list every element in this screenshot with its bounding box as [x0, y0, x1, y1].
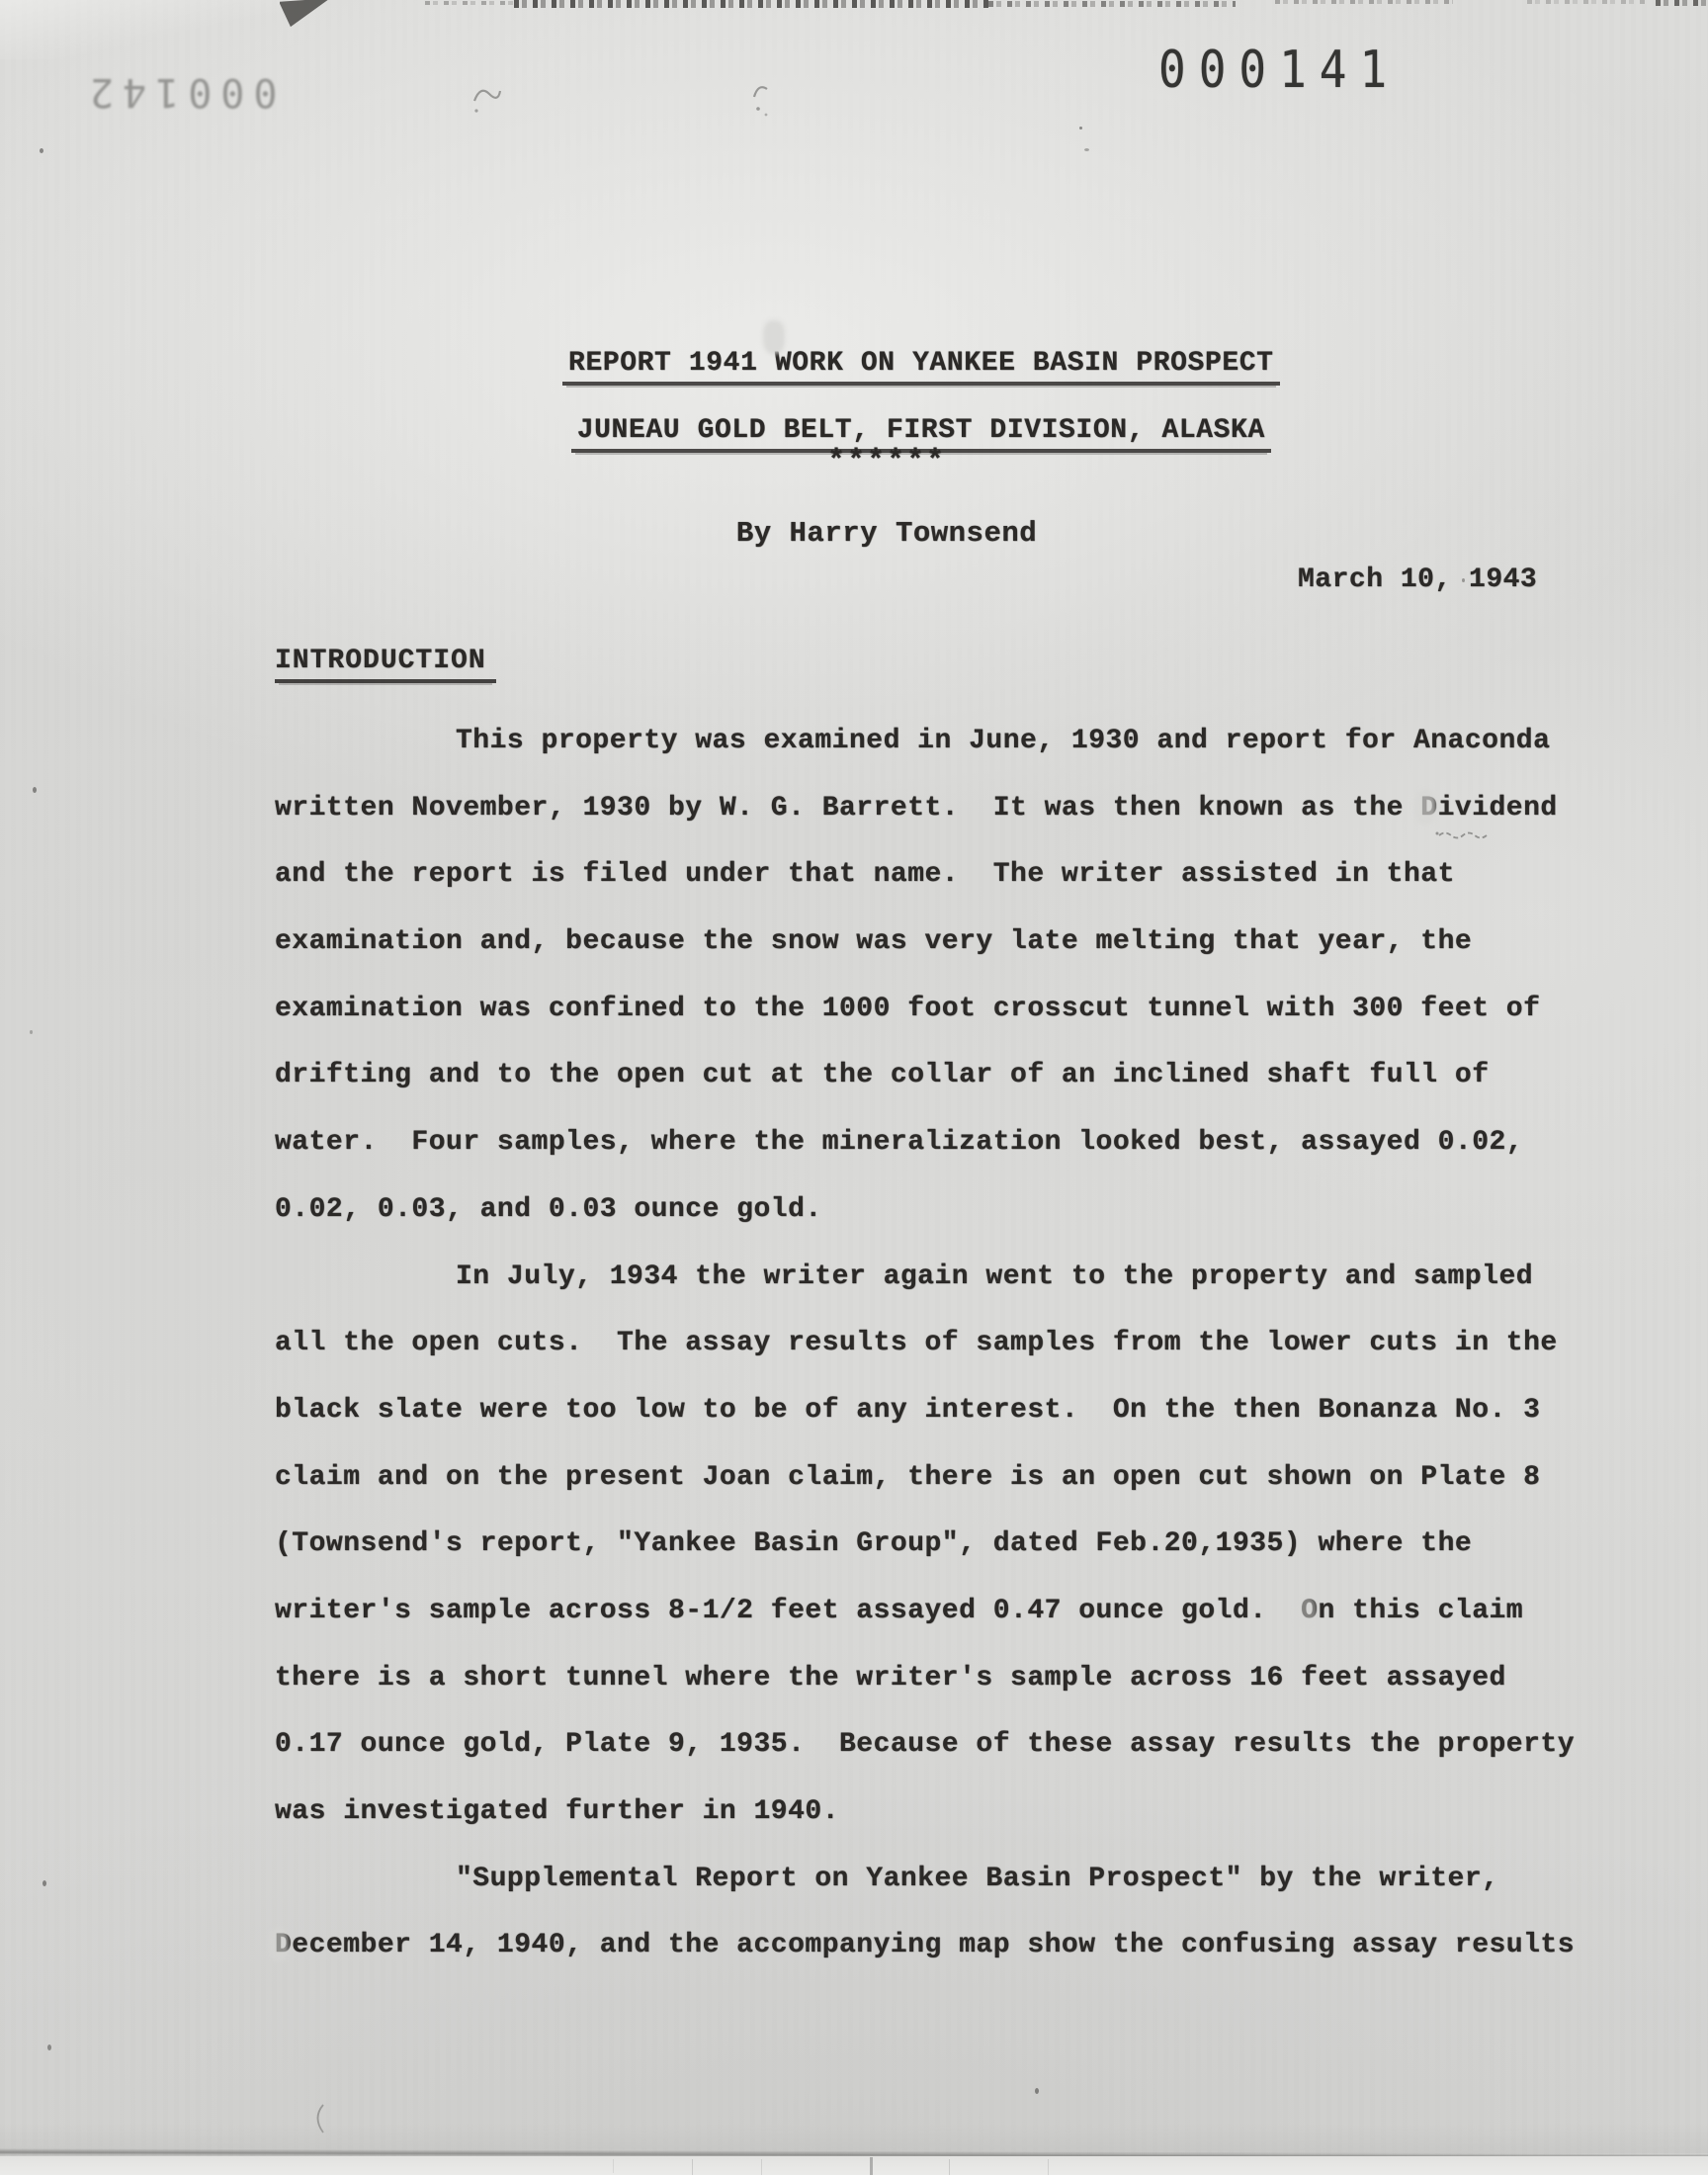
pencil-mark: [467, 73, 510, 117]
body-line: drifting and to the open cut at the coll…: [275, 1042, 1619, 1109]
scan-edge-artifact: [1656, 0, 1708, 6]
ink-speck: [1035, 2088, 1039, 2094]
ink-speck: [1084, 148, 1089, 151]
body-text: This property was examined in June, 1930…: [275, 708, 1619, 1979]
page-number-stamp: 000141: [1158, 40, 1400, 99]
bleedthrough-page-number: 000142: [81, 69, 278, 115]
body-line: all the open cuts. The assay results of …: [275, 1310, 1619, 1377]
body-line: examination and, because the snow was ve…: [275, 909, 1619, 976]
title-underline-1: REPORT 1941 WORK ON YANKEE BASIN PROSPEC…: [562, 348, 1280, 386]
scanner-background: [0, 2156, 1708, 2175]
body-line: examination was confined to the 1000 foo…: [275, 976, 1619, 1043]
ink-speck: [33, 787, 37, 793]
scanned-page: 000141 000142 REPORT 1941 WORK ON YANKEE…: [0, 0, 1708, 2175]
faded-ink-spot: [763, 320, 785, 354]
faded-ink-spot: [1414, 789, 1436, 825]
body-line: and the report is filed under that name.…: [275, 841, 1619, 909]
body-line: was investigated further in 1940.: [275, 1779, 1619, 1846]
scan-tick: [692, 2159, 693, 2175]
scan-tick: [949, 2159, 950, 2175]
body-line: December 14, 1940, and the accompanying …: [275, 1912, 1619, 1979]
body-line: water. Four samples, where the mineraliz…: [275, 1109, 1619, 1176]
scan-edge-artifact: [514, 0, 988, 8]
page-corner-mark: [280, 0, 339, 32]
ink-speck: [47, 2044, 51, 2050]
ink-speck: [40, 148, 43, 153]
scan-corner-light: [0, 0, 297, 59]
ink-speck: [1462, 578, 1465, 582]
scan-edge-artifact: [988, 1, 1236, 7]
divider-asterisks: ******: [279, 445, 1494, 478]
ink-speck: [43, 1880, 46, 1886]
scan-tick: [761, 2159, 762, 2175]
section-heading: INTRODUCTION: [275, 646, 496, 683]
body-line: (Townsend's report, "Yankee Basin Group"…: [275, 1511, 1619, 1578]
body-line: "Supplemental Report on Yankee Basin Pro…: [275, 1846, 1619, 1913]
scan-tick: [870, 2157, 873, 2175]
scan-tick: [1048, 2159, 1049, 2175]
body-line: black slate were too low to be of any in…: [275, 1377, 1619, 1444]
body-line: claim and on the present Joan claim, the…: [275, 1444, 1619, 1512]
body-line: 0.02, 0.03, and 0.03 ounce gold.: [275, 1176, 1619, 1244]
body-line: writer's sample across 8-1/2 feet assaye…: [275, 1578, 1619, 1645]
body-line: This property was examined in June, 1930…: [275, 708, 1619, 775]
byline: By Harry Townsend: [279, 517, 1494, 550]
faded-ink-spot: [269, 1928, 289, 1961]
scan-edge-artifact: [1275, 0, 1453, 4]
body-line: 0.17 ounce gold, Plate 9, 1935. Because …: [275, 1711, 1619, 1779]
body-line: In July, 1934 the writer again went to t…: [275, 1244, 1619, 1311]
body-line: there is a short tunnel where the writer…: [275, 1645, 1619, 1712]
scan-tick: [613, 2159, 614, 2173]
pencil-mark: [744, 71, 788, 121]
faded-ink-spot: [1295, 1596, 1317, 1629]
ink-speck: [1079, 127, 1082, 130]
underline-squiggle-mark: [1435, 826, 1500, 842]
ink-speck: [30, 1030, 33, 1034]
scan-edge-artifact: [1527, 0, 1646, 4]
scan-edge-artifact: [425, 1, 514, 5]
report-date: March 10, 1943: [1298, 565, 1537, 595]
